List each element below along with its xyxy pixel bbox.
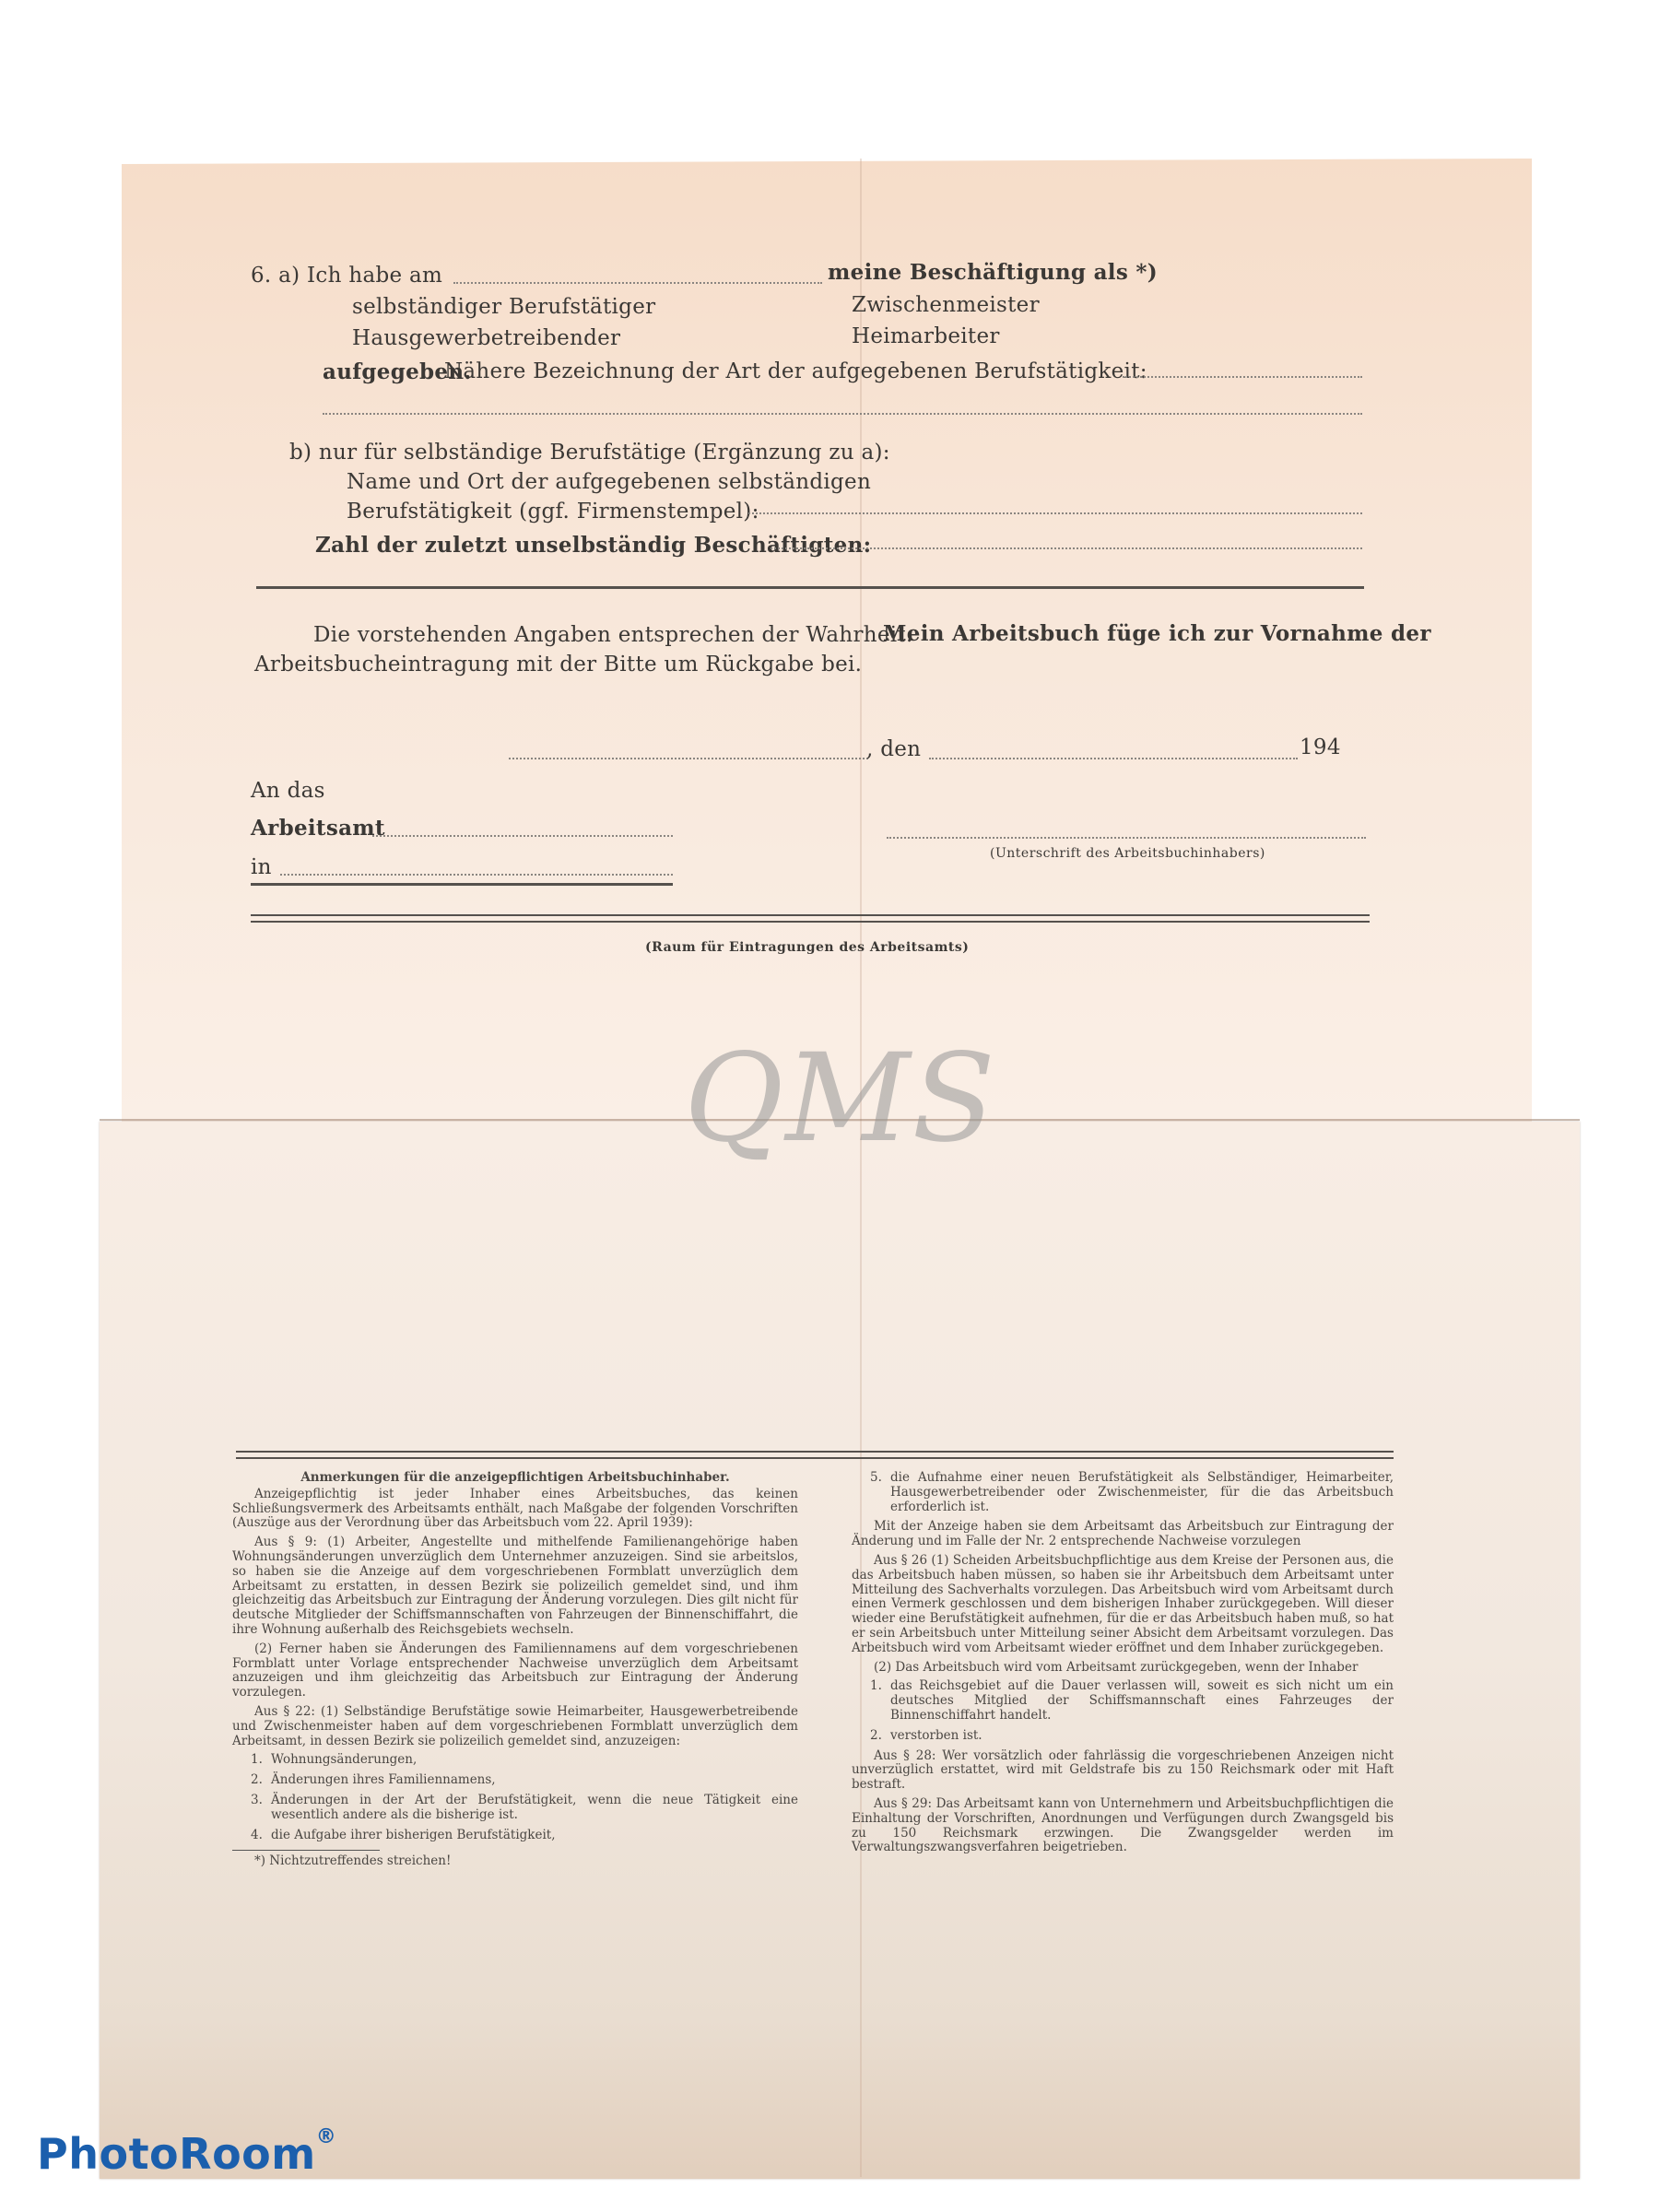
notes-list-item: 1.Wohnungsänderungen, (232, 1753, 798, 1768)
notes-list-item: 2.verstorben ist. (852, 1729, 1394, 1744)
notes-paragraph: (2) Ferner haben sie Änderungen des Fami… (232, 1642, 798, 1700)
occupation-detail-field-2[interactable] (323, 413, 1362, 415)
notes-divider (236, 1451, 1394, 1459)
notes-paragraph: (2) Das Arbeitsbuch wird vom Arbeitsamt … (852, 1661, 1394, 1676)
employment-office-label: Arbeitsamt (251, 816, 385, 841)
occupation-detail-field[interactable] (1123, 376, 1362, 378)
declaration-text-bold: Mein Arbeitsbuch füge ich zur Vornahme d… (883, 621, 1431, 646)
notes-paragraph: Mit der Anzeige haben sie dem Arbeitsamt… (852, 1520, 1394, 1549)
notes-right-column: 5.die Aufnahme einer neuen Berufstätigke… (852, 1471, 1394, 1860)
employees-count-label: Zahl der zuletzt unselbständig Beschäfti… (315, 533, 871, 558)
photoroom-logo: PhotoRoom® (37, 2129, 336, 2179)
notes-left-column: Anmerkungen für die anzeigepflichtigen A… (232, 1471, 798, 1874)
section-divider (256, 586, 1364, 589)
section-6a-label: 6. a) Ich habe am (251, 264, 442, 288)
address-to-label: An das (251, 779, 325, 803)
footnote-rule (232, 1850, 380, 1851)
employees-count-field[interactable] (771, 547, 1362, 549)
declaration-text-1: Die vorstehenden Angaben entsprechen der… (313, 623, 913, 647)
notes-list-item: 3.Änderungen in der Art der Berufstätigk… (232, 1794, 798, 1823)
place-field[interactable] (509, 758, 868, 759)
signature-field[interactable] (887, 837, 1366, 839)
occupation-detail-label: Nähere Bezeichnung der Art der aufgegebe… (444, 359, 1147, 383)
notes-list-item: 5.die Aufnahme einer neuen Berufstätigke… (852, 1471, 1394, 1514)
notes-paragraph: Anzeigepflichtig ist jeder Inhaber eines… (232, 1488, 798, 1531)
notes-list-item: 4.die Aufgabe ihrer bisherigen Berufstät… (232, 1829, 798, 1843)
office-section-divider (251, 914, 1370, 923)
footnote: *) Nichtzutreffendes streichen! (232, 1854, 798, 1869)
notes-paragraph: Aus § 29: Das Arbeitsamt kann von Untern… (852, 1797, 1394, 1855)
year-prefix: 194 (1300, 735, 1341, 759)
option-home-trader[interactable]: Hausgewerbetreibender (352, 326, 620, 350)
option-self-employed[interactable]: selbständiger Berufstätiger (352, 295, 655, 319)
den-label: , den (866, 737, 921, 761)
date-field[interactable] (929, 758, 1298, 759)
signature-caption: (Unterschrift des Arbeitsbuchinhabers) (990, 846, 1265, 861)
notes-heading: Anmerkungen für die anzeigepflichtigen A… (232, 1471, 798, 1486)
qms-watermark: QMS (684, 1028, 997, 1170)
notes-list-item: 1.das Reichsgebiet auf die Dauer verlass… (852, 1679, 1394, 1723)
notes-paragraph: Aus § 26 (1) Scheiden Arbeitsbuchpflicht… (852, 1554, 1394, 1656)
section-6b-label: b) nur für selbständige Berufstätige (Er… (289, 441, 890, 465)
notes-list-item: 2.Änderungen ihres Familiennamens, (232, 1773, 798, 1788)
office-location-field[interactable] (280, 874, 673, 876)
office-space-caption: (Raum für Eintragungen des Arbeitsamts) (645, 940, 969, 955)
business-name-label: Name und Ort der aufgegebenen selbständi… (347, 470, 871, 494)
employment-office-field[interactable] (372, 835, 673, 837)
address-underline (251, 883, 673, 886)
employment-as-label: meine Beschäftigung als *) (828, 260, 1158, 285)
notes-paragraph: Aus § 28: Wer vorsätzlich oder fahrlässi… (852, 1749, 1394, 1793)
declaration-text-2: Arbeitsbucheintragung mit der Bitte um R… (254, 653, 862, 677)
business-stamp-label: Berufstätigkeit (ggf. Firmenstempel): (347, 500, 759, 524)
date-field-6a[interactable] (453, 282, 822, 284)
business-name-field[interactable] (748, 512, 1362, 514)
notes-paragraph: Aus § 9: (1) Arbeiter, Angestellte und m… (232, 1535, 798, 1638)
notes-paragraph: Aus § 22: (1) Selbständige Berufstätige … (232, 1705, 798, 1748)
option-home-worker[interactable]: Heimarbeiter (852, 324, 1000, 348)
option-intermediate-master[interactable]: Zwischenmeister (852, 293, 1040, 317)
in-label: in (251, 855, 272, 879)
